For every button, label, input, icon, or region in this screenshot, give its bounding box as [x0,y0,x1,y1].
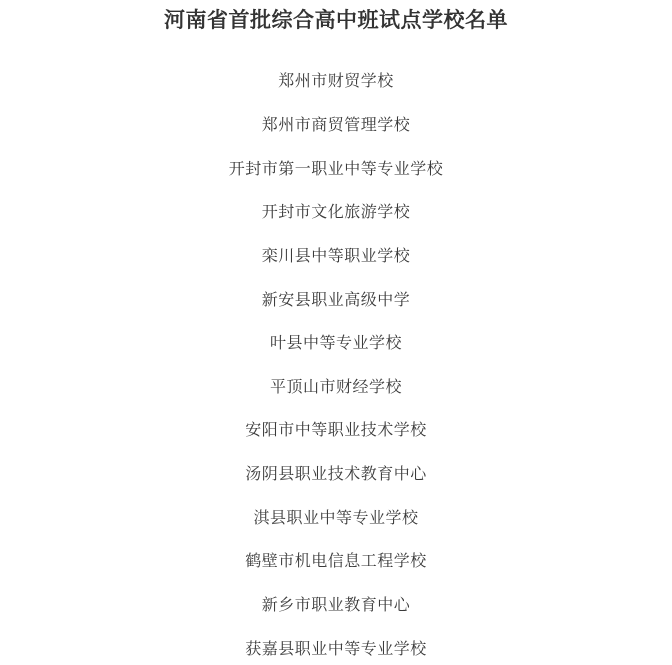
school-list-item: 鹤壁市机电信息工程学校 [0,538,672,582]
school-list-item: 平顶山市财经学校 [0,363,672,407]
school-list-item: 叶县中等专业学校 [0,320,672,364]
school-list-item: 郑州市商贸管理学校 [0,102,672,146]
page-title: 河南省首批综合高中班试点学校名单 [0,0,672,34]
school-list-item: 汤阴县职业技术教育中心 [0,451,672,495]
school-list: 郑州市财贸学校郑州市商贸管理学校开封市第一职业中等专业学校开封市文化旅游学校栾川… [0,58,672,665]
school-list-item: 安阳市中等职业技术学校 [0,407,672,451]
school-list-item: 开封市文化旅游学校 [0,189,672,233]
school-list-item: 获嘉县职业中等专业学校 [0,625,672,665]
school-list-item: 新安县职业高级中学 [0,276,672,320]
school-list-item: 淇县职业中等专业学校 [0,494,672,538]
school-list-item: 郑州市财贸学校 [0,58,672,102]
school-list-item: 栾川县中等职业学校 [0,233,672,277]
document-page: 河南省首批综合高中班试点学校名单 郑州市财贸学校郑州市商贸管理学校开封市第一职业… [0,0,672,665]
school-list-item: 开封市第一职业中等专业学校 [0,145,672,189]
school-list-item: 新乡市职业教育中心 [0,582,672,626]
